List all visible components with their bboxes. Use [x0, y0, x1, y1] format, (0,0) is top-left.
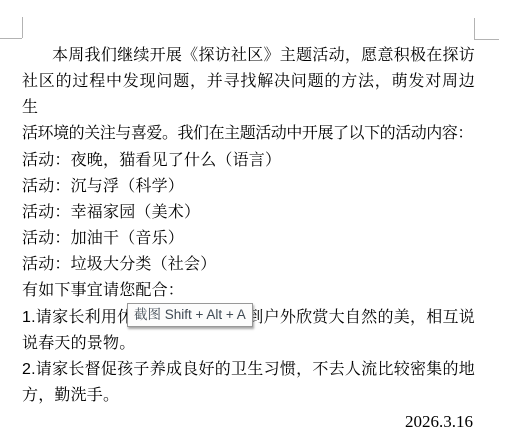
- document-body: 本周我们继续开展《探访社区》主题活动，愿意积极在探访社区的过程中发现问题，并寻找…: [22, 43, 475, 409]
- text-boundary-mark-top-right-vertical: [474, 18, 475, 40]
- screenshot-tooltip: 截图 Shift + Alt + A: [127, 303, 253, 327]
- doc-line: 活动：垃圾大分类（社会）: [22, 252, 475, 278]
- doc-line: 有如下事宜请您配合：: [22, 278, 475, 304]
- doc-line: 活动：加油干（音乐）: [22, 226, 475, 252]
- doc-line: 本周我们继续开展《探访社区》主题活动，愿意积极在探访: [22, 43, 475, 69]
- text-boundary-mark-top-left-horizontal: [0, 38, 22, 39]
- doc-line: 活动：幸福家园（美术）: [22, 200, 475, 226]
- text-boundary-mark-top-right-horizontal: [474, 39, 499, 40]
- doc-line: 活动：沉与浮（科学）: [22, 174, 475, 200]
- document-date: 2026.3.16: [22, 409, 473, 435]
- doc-line: 活环境的关注与喜爱。我们在主题活动中开展了以下的活动内容：: [22, 121, 475, 147]
- doc-line: 活动：夜晚，猫看见了什么（语言）: [22, 148, 475, 174]
- doc-line: 方，勤洗手。: [22, 383, 475, 409]
- doc-line: 2.请家长督促孩子养成良好的卫生习惯，不去人流比较密集的地: [22, 357, 475, 383]
- doc-line: 社区的过程中发现问题，并寻找解决问题的方法，萌发对周边生: [22, 69, 475, 121]
- doc-line: 说春天的景物。: [22, 331, 475, 357]
- document-page[interactable]: 本周我们继续开展《探访社区》主题活动，愿意积极在探访社区的过程中发现问题，并寻找…: [0, 0, 507, 447]
- text-boundary-mark-top-left-vertical: [22, 17, 23, 38]
